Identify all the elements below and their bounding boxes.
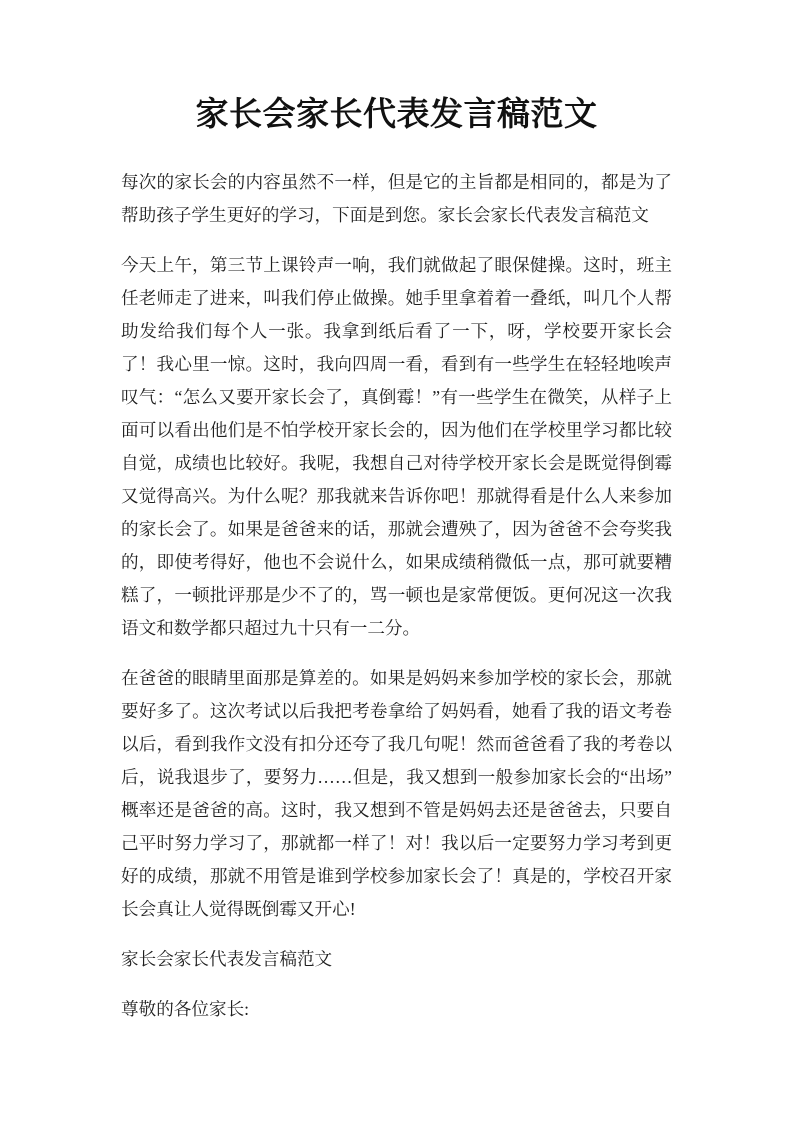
paragraph-intro: 每次的家长会的内容虽然不一样，但是它的主旨都是相同的，都是为了帮助孩子学生更好的… (121, 166, 672, 232)
paragraph-story-1: 今天上午，第三节上课铃声一响，我们就做起了眼保健操。这时，班主任老师走了进来，叫… (121, 249, 672, 645)
paragraph-salutation: 尊敬的各位家长: (121, 993, 672, 1026)
paragraph-story-2: 在爸爸的眼睛里面那是算差的。如果是妈妈来参加学校的家长会，那就要好多了。这次考试… (121, 662, 672, 926)
document-title: 家长会家长代表发言稿范文 (121, 94, 672, 136)
paragraph-subtitle: 家长会家长代表发言稿范文 (121, 943, 672, 976)
document-page: 家长会家长代表发言稿范文 每次的家长会的内容虽然不一样，但是它的主旨都是相同的，… (0, 0, 793, 1122)
